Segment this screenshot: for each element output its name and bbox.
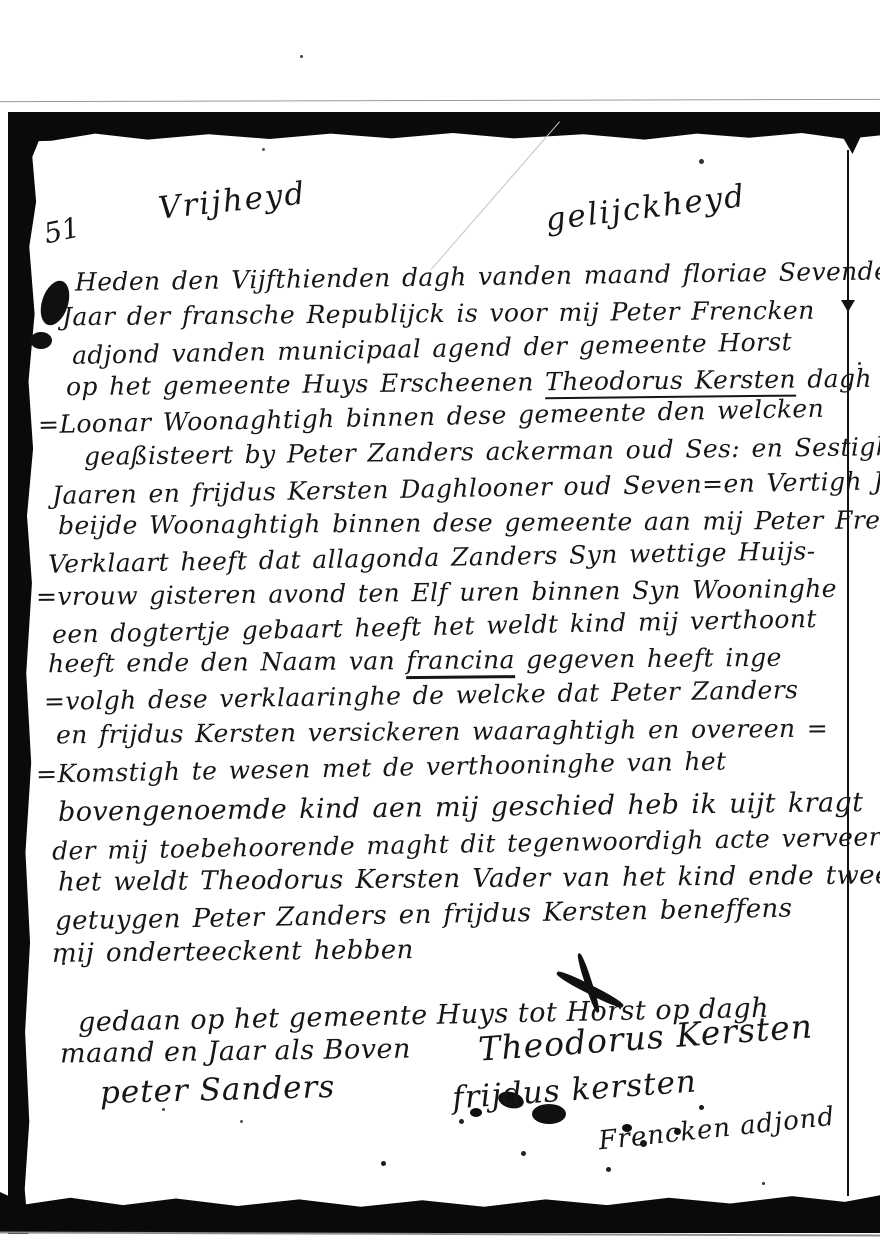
manuscript-line: Jaar der fransche Republijck is voor mij… xyxy=(62,296,815,332)
manuscript-line: =volgh dese verklaaringhe de welcke dat … xyxy=(44,675,799,716)
paper-crease xyxy=(431,121,560,270)
manuscript-line: geaßisteert by Peter Zanders ackerman ou… xyxy=(84,432,880,471)
line-text: dagh xyxy=(796,364,872,394)
manuscript-line: adjond vanden municipaal agend der gemee… xyxy=(72,327,793,370)
line-text: =volgh dese verklaaringhe de welcke dat … xyxy=(44,675,799,716)
underlined-name: Theodorus Kersten xyxy=(545,365,796,400)
page-edge-top xyxy=(8,112,880,142)
motto-right: gelijckheyd xyxy=(544,178,748,238)
manuscript-line: mij onderteeckent hebben xyxy=(52,935,414,969)
manuscript-line: Heden den Vijfthienden dagh vanden maand… xyxy=(75,256,880,296)
manuscript-line: getuygen Peter Zanders en frijdus Kerste… xyxy=(55,894,793,937)
line-text: gegeven heeft inge xyxy=(515,643,782,674)
manuscript-line: =Komstigh te wesen met de verthooninghe … xyxy=(36,746,727,788)
ink-speckles xyxy=(0,0,3,3)
line-text: mij onderteeckent hebben xyxy=(52,935,414,969)
manuscript-line: heeft ende den Naam van francina gegeven… xyxy=(48,643,782,678)
line-text: Heden den Vijfthienden dagh vanden maand… xyxy=(75,256,880,296)
line-text: heeft ende den Naam van xyxy=(48,646,407,678)
manuscript-line: bovengenoemde kind aen mij geschied heb … xyxy=(58,787,864,828)
manuscript-line: beijde Woonaghtigh binnen dese gemeente … xyxy=(58,505,880,540)
line-text: getuygen Peter Zanders en frijdus Kerste… xyxy=(55,894,793,937)
page-edge-left xyxy=(8,112,46,1234)
line-text: =Komstigh te wesen met de verthooninghe … xyxy=(36,746,727,788)
signature-official-adjoint: Frencken adjond xyxy=(597,1102,836,1157)
ink-blot xyxy=(30,332,52,349)
manuscript-line: Jaaren en frijdus Kersten Daghlooner oud… xyxy=(52,465,880,510)
manuscript-line: en frijdus Kersten versickeren waaraghti… xyxy=(56,714,828,750)
line-text: =Loonar Woonaghtigh binnen dese gemeente… xyxy=(38,394,825,439)
fold-line-arrow xyxy=(841,300,855,312)
line-text: der mij toebehoorende maght dit tegenwoo… xyxy=(52,821,880,865)
scanned-document: Vrijheyd gelijckheyd 51 Heden den Vijfth… xyxy=(0,0,880,1242)
page-edge-bottom xyxy=(0,1192,880,1233)
line-text: het weldt Theodorus Kersten Vader van he… xyxy=(58,860,880,897)
line-text: Verklaart heeft dat allagonda Zanders Sy… xyxy=(48,536,816,578)
manuscript-line: Verklaart heeft dat allagonda Zanders Sy… xyxy=(48,536,816,578)
line-text: op het gemeente Huys Erscheenen xyxy=(66,367,545,401)
closing-line-2: maand en Jaar als Boven xyxy=(60,1034,411,1070)
line-text: Jaaren en frijdus Kersten Daghlooner oud… xyxy=(52,465,880,510)
manuscript-line: het weldt Theodorus Kersten Vader van he… xyxy=(58,860,880,897)
line-text: een dogtertje gebaart heeft het weldt ki… xyxy=(52,604,817,649)
motto-left: Vrijheyd xyxy=(157,175,308,226)
manuscript-line: =Loonar Woonaghtigh binnen dese gemeente… xyxy=(38,394,825,439)
scan-edge-line-top xyxy=(0,99,880,102)
manuscript-line: der mij toebehoorende maght dit tegenwoo… xyxy=(52,821,880,865)
line-text: bovengenoemde kind aen mij geschied heb … xyxy=(58,787,864,828)
line-text: geaßisteert by Peter Zanders ackerman ou… xyxy=(84,432,880,471)
manuscript-line: een dogtertje gebaart heeft het weldt ki… xyxy=(52,604,817,649)
signature-peter-sanders: peter Sanders xyxy=(100,1069,336,1111)
line-text: adjond vanden municipaal agend der gemee… xyxy=(72,327,793,370)
line-text: Jaar der fransche Republijck is voor mij… xyxy=(62,296,815,332)
line-text: en frijdus Kersten versickeren waaraghti… xyxy=(56,714,828,750)
underlined-name: francina xyxy=(406,645,515,679)
record-number: 51 xyxy=(41,211,83,251)
line-text: beijde Woonaghtigh binnen dese gemeente … xyxy=(58,505,880,540)
signature-frijdus-kersten: frijdus kersten xyxy=(451,1063,698,1116)
